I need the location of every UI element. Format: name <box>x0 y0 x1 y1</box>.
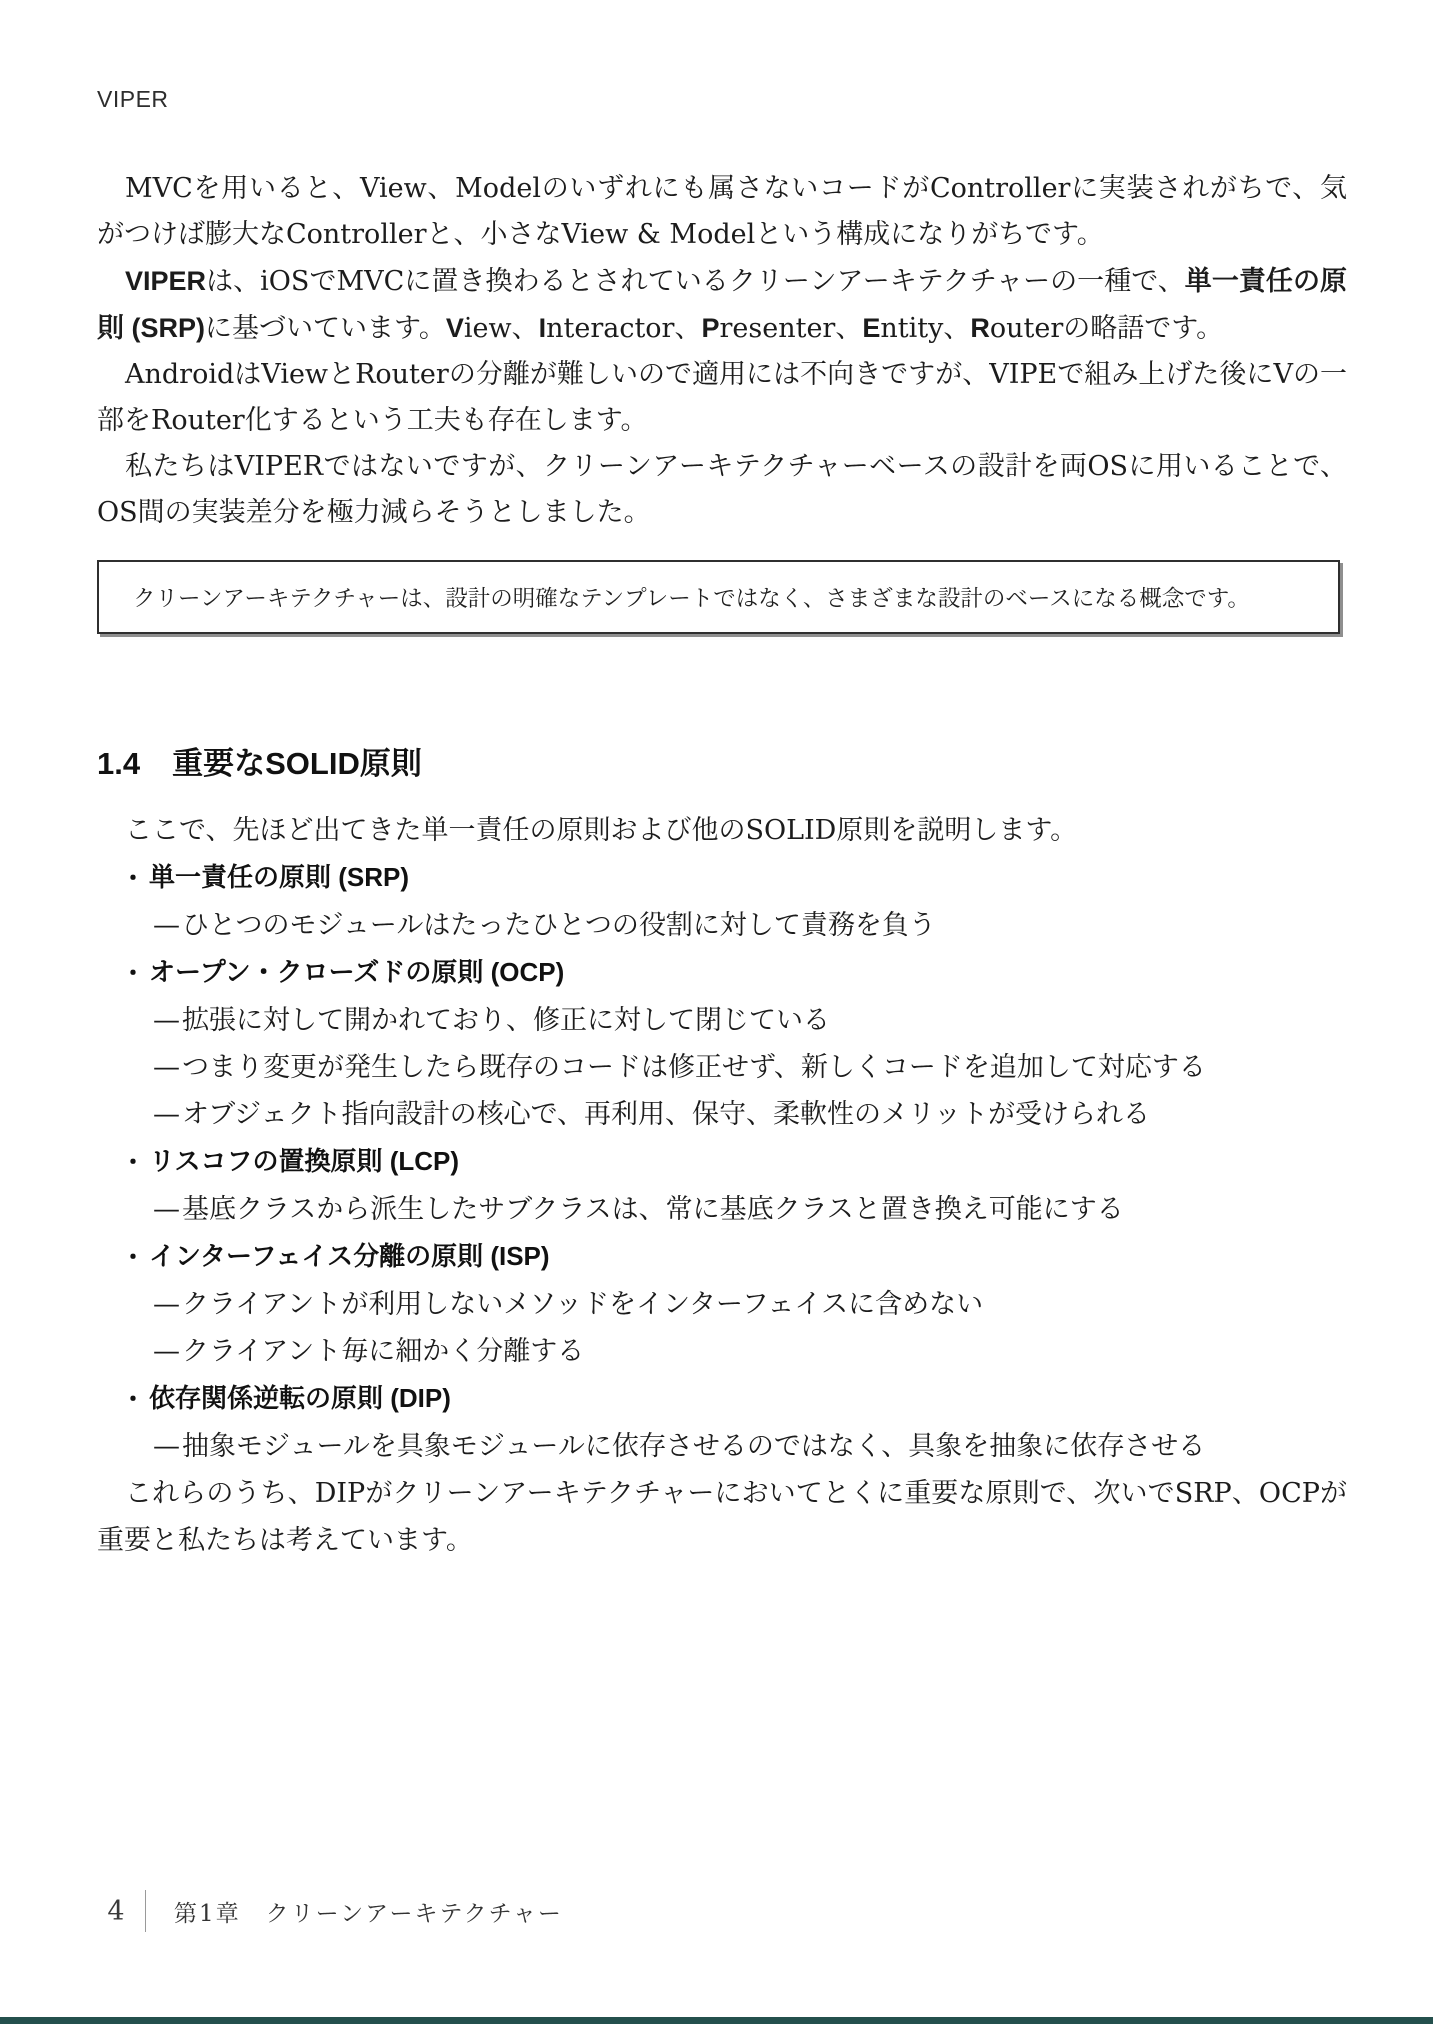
subsection-label: VIPER <box>97 86 169 113</box>
note-box: クリーンアーキテクチャーは、設計の明確なテンプレートではなく、さまざまな設計のベ… <box>97 560 1340 634</box>
principle-detail-text: クライアント毎に細かく分離する <box>182 1336 584 1367</box>
book-page: VIPER MVCを用いると、View、Modelのいずれにも属さないコードがC… <box>0 0 1433 2024</box>
principle-detail-text: 拡張に対して開かれており、修正に対して閉じている <box>182 1005 830 1036</box>
dash-marker: — <box>153 1052 180 1083</box>
principle-detail: —ひとつのモジュールはたったひとつの役割に対して責務を負う <box>97 902 1347 949</box>
principle-title-text: オープン・クローズドの原則 (OCP) <box>149 957 564 987</box>
dash-marker: — <box>153 910 180 941</box>
principle-detail: —つまり変更が発生したら既存のコードは修正せず、新しくコードを追加して対応する <box>97 1044 1347 1091</box>
principle-detail-text: 抽象モジュールを具象モジュールに依存させるのではなく、具象を抽象に依存させる <box>182 1431 1205 1462</box>
section-heading: 1.4 重要なSOLID原則 <box>97 738 1347 783</box>
principle-detail: —クライアント毎に細かく分離する <box>97 1328 1347 1375</box>
bullet-marker: ・ <box>121 1149 145 1176</box>
principle-title: ・単一責任の原則 (SRP) <box>97 854 1347 902</box>
principle-detail: —クライアントが利用しないメソッドをインターフェイスに含めない <box>97 1281 1347 1328</box>
page-content: MVCを用いると、View、Modelのいずれにも属さないコードがControl… <box>97 166 1347 1564</box>
chapter-label: 第1章 クリーンアーキテクチャー <box>174 1895 563 1928</box>
bold-emphasis: I <box>539 313 547 343</box>
bold-emphasis: V <box>446 313 464 343</box>
principle-title: ・リスコフの置換原則 (LCP) <box>97 1138 1347 1186</box>
bold-emphasis: VIPER <box>125 266 206 296</box>
principle-title: ・依存関係逆転の原則 (DIP) <box>97 1375 1347 1423</box>
principle-detail-text: ひとつのモジュールはたったひとつの役割に対して責務を負う <box>182 910 936 941</box>
principle-title-text: リスコフの置換原則 (LCP) <box>149 1146 459 1176</box>
principle-detail-text: クライアントが利用しないメソッドをインターフェイスに含めない <box>182 1289 983 1320</box>
principle-title-text: 依存関係逆転の原則 (DIP) <box>149 1383 451 1413</box>
bottom-edge-bar <box>0 2017 1433 2024</box>
paragraph-android: AndroidはViewとRouterの分離が難しいので適用には不向きですが、V… <box>97 352 1347 444</box>
dash-marker: — <box>153 1194 180 1225</box>
dash-marker: — <box>153 1336 180 1367</box>
dash-marker: — <box>153 1005 180 1036</box>
section-number: 1.4 <box>97 746 140 782</box>
page-footer: 4 第1章 クリーンアーキテクチャー <box>97 1890 563 1932</box>
principle-title: ・オープン・クローズドの原則 (OCP) <box>97 949 1347 997</box>
principle-title-text: 単一責任の原則 (SRP) <box>149 862 409 892</box>
principle-title-text: インターフェイス分離の原則 (ISP) <box>149 1241 550 1271</box>
principle-detail-text: オブジェクト指向設計の核心で、再利用、保守、柔軟性のメリットが受けられる <box>182 1099 1150 1130</box>
principles-list: ・単一責任の原則 (SRP)—ひとつのモジュールはたったひとつの役割に対して責務… <box>97 854 1347 1470</box>
principle-detail: —拡張に対して開かれており、修正に対して閉じている <box>97 997 1347 1044</box>
principle-detail: —オブジェクト指向設計の核心で、再利用、保守、柔軟性のメリットが受けられる <box>97 1091 1347 1138</box>
paragraph-mvc: MVCを用いると、View、Modelのいずれにも属さないコードがControl… <box>97 166 1347 258</box>
paragraph-viper: VIPERは、iOSでMVCに置き換わるとされているクリーンアーキテクチャーの一… <box>97 258 1347 352</box>
dash-marker: — <box>153 1289 180 1320</box>
bold-emphasis: R <box>970 313 990 343</box>
bullet-marker: ・ <box>121 865 145 892</box>
principle-detail: —抽象モジュールを具象モジュールに依存させるのではなく、具象を抽象に依存させる <box>97 1423 1347 1470</box>
bold-emphasis: E <box>862 313 880 343</box>
bullet-marker: ・ <box>121 1244 145 1271</box>
footer-divider <box>145 1890 146 1932</box>
principle-detail: —基底クラスから派生したサブクラスは、常に基底クラスと置き換え可能にする <box>97 1186 1347 1233</box>
section-intro: ここで、先ほど出てきた単一責任の原則および他のSOLID原則を説明します。 <box>97 807 1347 854</box>
section-title: 重要なSOLID原則 <box>172 738 422 783</box>
dash-marker: — <box>153 1099 180 1130</box>
paragraph-our-approach: 私たちはVIPERではないですが、クリーンアーキテクチャーベースの設計を両OSに… <box>97 444 1347 536</box>
bullet-marker: ・ <box>121 1386 145 1413</box>
note-text: クリーンアーキテクチャーは、設計の明確なテンプレートではなく、さまざまな設計のベ… <box>133 581 1250 613</box>
bold-emphasis: P <box>701 313 719 343</box>
principle-detail-text: つまり変更が発生したら既存のコードは修正せず、新しくコードを追加して対応する <box>182 1052 1206 1083</box>
bullet-marker: ・ <box>121 960 145 987</box>
closing-paragraph: これらのうち、DIPがクリーンアーキテクチャーにおいてとくに重要な原則で、次いで… <box>97 1470 1347 1564</box>
page-number: 4 <box>97 1896 135 1927</box>
principle-title: ・インターフェイス分離の原則 (ISP) <box>97 1233 1347 1281</box>
dash-marker: — <box>153 1431 180 1462</box>
principle-detail-text: 基底クラスから派生したサブクラスは、常に基底クラスと置き換え可能にする <box>182 1194 1124 1225</box>
